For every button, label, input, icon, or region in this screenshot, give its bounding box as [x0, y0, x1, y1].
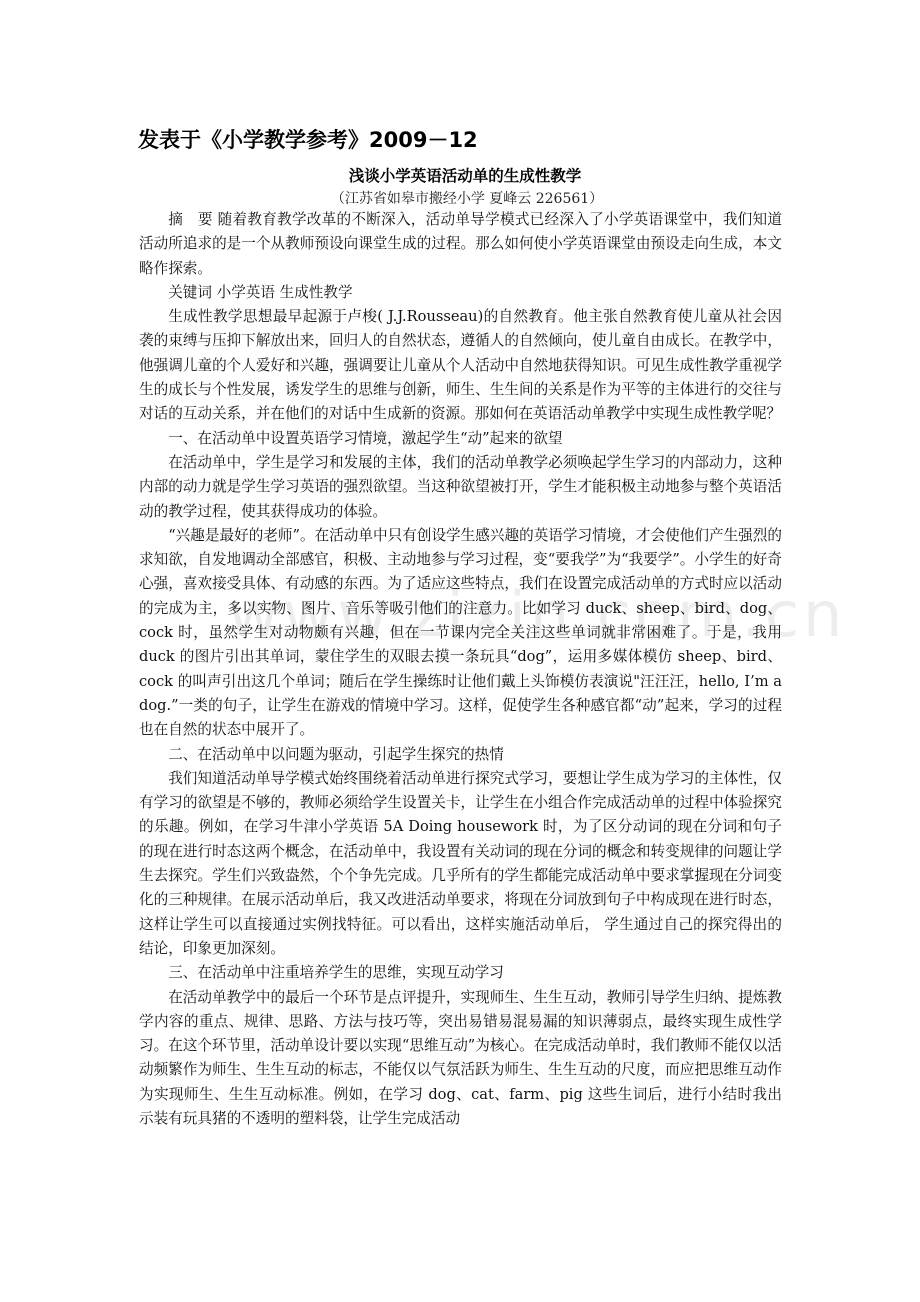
body-paragraph: 在活动单教学中的最后一个环节是点评提升，实现师生、生生互动，教师引导学生归纳、提… — [139, 986, 782, 1132]
publication-heading: 发表于《小学教学参考》2009－12 — [138, 124, 478, 154]
body-paragraph: 在活动单中，学生是学习和发展的主体，我们的活动单教学必须唤起学生学习的内部动力，… — [139, 451, 782, 524]
intro-paragraph: 生成性教学思想最早起源于卢梭( J.J.Rousseau)的自然教育。他主张自然… — [139, 305, 782, 426]
author-line: （江苏省如皋市搬经小学 夏峰云 226561） — [0, 188, 920, 208]
keywords-paragraph: 关键词 小学英语 生成性教学 — [139, 281, 782, 305]
article-body: 摘 要 随着教育教学改革的不断深入，活动单导学模式已经深入了小学英语课堂中，我们… — [139, 208, 782, 1131]
body-paragraph: 我们知道活动单导学模式始终围绕着活动单进行探究式学习，要想让学生成为学习的主体性… — [139, 767, 782, 961]
abstract-paragraph: 摘 要 随着教育教学改革的不断深入，活动单导学模式已经深入了小学英语课堂中，我们… — [139, 208, 782, 281]
section-heading-1: 一、在活动单中设置英语学习情境，激起学生“动”起来的欲望 — [139, 427, 782, 451]
body-paragraph: “兴趣是最好的老师”。在活动单中只有创设学生感兴趣的英语学习情境，才会使他们产生… — [139, 524, 782, 743]
document-page: www.zixin.com.cn 发表于《小学教学参考》2009－12 浅谈小学… — [0, 0, 920, 1302]
section-heading-2: 二、在活动单中以问题为驱动，引起学生探究的热情 — [139, 743, 782, 767]
article-title: 浅谈小学英语活动单的生成性教学 — [0, 164, 920, 186]
section-heading-3: 三、在活动单中注重培养学生的思维，实现互动学习 — [139, 961, 782, 985]
